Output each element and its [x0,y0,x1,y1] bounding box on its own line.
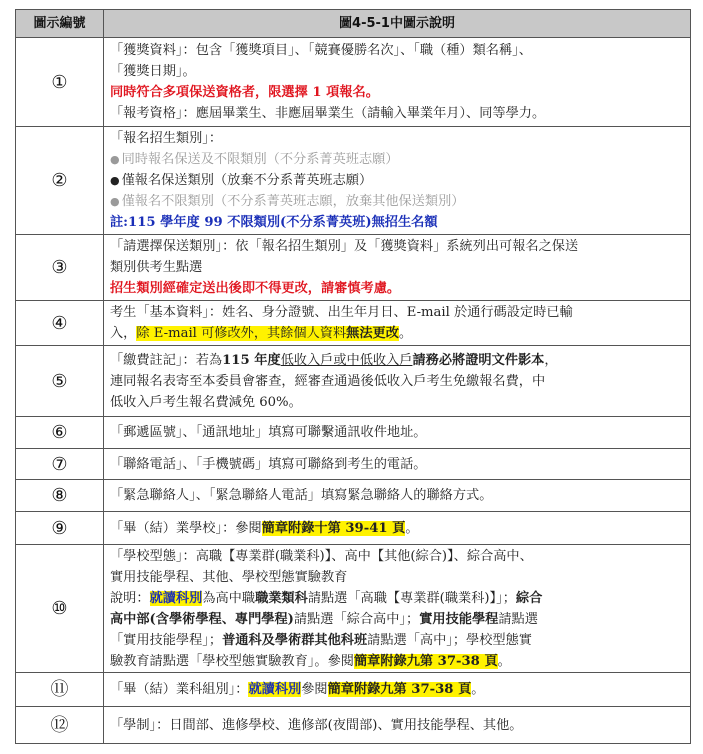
highlighted-reference: 簡章附錄九第 37-38 頁 [354,654,498,669]
row-description: 「繳費註記」：若為115 年度低收入戶或中低收入戶請務必將證明文件影本， 連同報… [104,346,691,417]
table-row: ⑩ 「學校型態」：高職【專業群(職業科)】、高中【其他(綜合)】、綜合高中、 實… [16,545,691,673]
table-row: ② 「報名招生類別」： ●同時報名保送及不限類別（不分系菁英班志願） ●僅報名保… [16,127,691,235]
row-number: ⑧ [16,480,104,512]
bullet-icon: ● [110,153,120,166]
text-line: 「實用技能學程」；普通科及學術群其他科班請點選「高中」；學校型態實 [110,630,684,651]
text-segment: 。 [405,521,418,536]
bold-text: 請務必將證明文件影本 [412,353,544,368]
warning-text: 同時符合多項保送資格者，限選擇 1 項報名。 [110,82,684,103]
text-line: 「獲獎資料」：包含「獲獎項目」、「競賽優勝名次」、「職（種）類名稱」、 [110,40,684,61]
text-segment: ， [544,353,557,368]
option-unselected: ●僅報名不限類別（不分系菁英班志願，放棄其他保送類別） [110,191,684,212]
table-row: ③ 「請選擇保送類別」：依「報名招生類別」及「獲獎資料」系統列出可報名之保送 類… [16,235,691,301]
row-description: 「學制」：日間部、進修學校、進修部(夜間部)、實用技能學程、其他。 [104,707,691,744]
header-row: 圖示編號 圖4-5-1中圖示說明 [16,10,691,38]
row-description: 「學校型態」：高職【專業群(職業科)】、高中【其他(綜合)】、綜合高中、 實用技… [104,545,691,673]
row-description: 考生「基本資料」：姓名、身分證號、出生年月日、E-mail 於通行碼設定時已輸 … [104,301,691,346]
option-label: 僅報名保送類別（放棄不分系菁英班志願） [122,173,373,188]
highlighted-blue-text: 就讀科別 [248,682,301,697]
row-number: ⑤ [16,346,104,417]
text-line: 入，除 E-mail 可修改外，其餘個人資料無法更改。 [110,323,684,344]
bold-text: 實用技能學程 [419,612,498,627]
text-segment: 「繳費註記」：若為 [110,353,222,368]
row-number: ⑪ [16,673,104,707]
text-segment: 「畢（結）業學校」：參閱 [110,521,262,536]
text-line: 「郵遞區號」、「通訊地址」填寫可聯繫通訊收件地址。 [110,422,684,443]
row-description: 「獲獎資料」：包含「獲獎項目」、「競賽優勝名次」、「職（種）類名稱」、 「獲獎日… [104,38,691,127]
text-line: 說明：就讀科別為高中職職業類科請點選「高職【專業群(職業科)】」；綜合 [110,588,684,609]
text-line: 「聯絡電話」、「手機號碼」填寫可聯絡到考生的電話。 [110,454,684,475]
text-line: 「獲獎日期」。 [110,61,684,82]
row-number: ③ [16,235,104,301]
row-description: 「畢（結）業學校」：參閱簡章附錄十第 39-41 頁。 [104,512,691,545]
option-selected: ●僅報名保送類別（放棄不分系菁英班志願） [110,170,684,191]
row-number: ⑥ [16,417,104,449]
highlighted-reference: 簡章附錄九第 37-38 頁 [328,682,472,697]
text-segment: 。 [471,682,484,697]
text-segment: 請點選「高職【專業群(職業科)】」； [308,591,516,606]
row-description: 「郵遞區號」、「通訊地址」填寫可聯繫通訊收件地址。 [104,417,691,449]
table-row: ⑦ 「聯絡電話」、「手機號碼」填寫可聯絡到考生的電話。 [16,449,691,480]
table-row: ⑫ 「學制」：日間部、進修學校、進修部(夜間部)、實用技能學程、其他。 [16,707,691,744]
table-row: ⑪ 「畢（結）業科組別」：就讀科別參閱簡章附錄九第 37-38 頁。 [16,673,691,707]
row-description: 「聯絡電話」、「手機號碼」填寫可聯絡到考生的電話。 [104,449,691,480]
text-line: 「繳費註記」：若為115 年度低收入戶或中低收入戶請務必將證明文件影本， [110,350,684,371]
text-line: 「學制」：日間部、進修學校、進修部(夜間部)、實用技能學程、其他。 [110,715,684,736]
row-description: 「請選擇保送類別」：依「報名招生類別」及「獲獎資料」系統列出可報名之保送 類別供… [104,235,691,301]
row-number: ④ [16,301,104,346]
text-segment: 驗教育請點選「學校型態實驗教育」。參閱 [110,654,354,669]
text-segment: 請點選「綜合高中」； [294,612,419,627]
bold-text: 綜合 [516,591,542,606]
text-line: 驗教育請點選「學校型態實驗教育」。參閱簡章附錄九第 37-38 頁。 [110,651,684,672]
option-label: 僅報名不限類別（不分系菁英班志願，放棄其他保送類別） [122,194,465,209]
text-line: 考生「基本資料」：姓名、身分證號、出生年月日、E-mail 於通行碼設定時已輸 [110,302,684,323]
text-segment: 請點選 [498,612,538,627]
table-row: ⑤ 「繳費註記」：若為115 年度低收入戶或中低收入戶請務必將證明文件影本， 連… [16,346,691,417]
text-segment: 參閱 [301,682,327,697]
text-line: 「報名招生類別」： [110,128,684,149]
text-line: 類別供考生點選 [110,257,684,278]
text-line: 「緊急聯絡人」、「緊急聯絡人電話」填寫緊急聯絡人的聯絡方式。 [110,485,684,506]
figure-legend-table: 圖示編號 圖4-5-1中圖示說明 ① 「獲獎資料」：包含「獲獎項目」、「競賽優勝… [15,9,691,744]
text-segment: 「畢（結）業科組別」： [110,682,248,697]
bold-text: 高中部(含學術學程、專門學程) [110,612,294,627]
warning-text: 招生類別經確定送出後即不得更改，請審慎考慮。 [110,278,684,299]
header-number: 圖示編號 [16,10,104,38]
row-number: ① [16,38,104,127]
table-row: ⑥ 「郵遞區號」、「通訊地址」填寫可聯繫通訊收件地址。 [16,417,691,449]
text-line: 低收入戶考生報名費減免 60%。 [110,392,684,413]
text-segment: 入， [110,326,136,341]
row-description: 「報名招生類別」： ●同時報名保送及不限類別（不分系菁英班志願） ●僅報名保送類… [104,127,691,235]
underlined-text: 低收入戶或中低收入戶 [281,353,413,368]
text-line: 高中部(含學術學程、專門學程)請點選「綜合高中」；實用技能學程請點選 [110,609,684,630]
text-segment: 。 [399,326,412,341]
option-label: 同時報名保送及不限類別（不分系菁英班志願） [122,152,399,167]
highlighted-reference: 簡章附錄十第 39-41 頁 [262,521,406,536]
row-number: ⑩ [16,545,104,673]
text-line: 「請選擇保送類別」：依「報名招生類別」及「獲獎資料」系統列出可報名之保送 [110,236,684,257]
highlighted-text: 除 E-mail 可修改外，其餘個人資料 [136,326,346,341]
table-row: ④ 考生「基本資料」：姓名、身分證號、出生年月日、E-mail 於通行碼設定時已… [16,301,691,346]
table-row: ⑧ 「緊急聯絡人」、「緊急聯絡人電話」填寫緊急聯絡人的聯絡方式。 [16,480,691,512]
row-description: 「畢（結）業科組別」：就讀科別參閱簡章附錄九第 37-38 頁。 [104,673,691,707]
bold-text: 115 年度 [222,353,281,368]
text-segment: 為高中職 [202,591,255,606]
row-number: ⑨ [16,512,104,545]
text-segment: 。 [498,654,511,669]
text-line: 「畢（結）業科組別」：就讀科別參閱簡章附錄九第 37-38 頁。 [110,679,684,700]
text-segment: 說明： [110,591,150,606]
option-unselected: ●同時報名保送及不限類別（不分系菁英班志願） [110,149,684,170]
row-number: ⑫ [16,707,104,744]
text-line: 「報考資格」：應屆畢業生、非應屆畢業生（請輸入畢業年月）、同等學力。 [110,103,684,124]
text-line: 實用技能學程、其他、學校型態實驗教育 [110,567,684,588]
bold-text: 職業類科 [255,591,308,606]
highlighted-bold-text: 無法更改 [346,326,399,341]
text-line: 「學校型態」：高職【專業群(職業科)】、高中【其他(綜合)】、綜合高中、 [110,546,684,567]
text-segment: 請點選「高中」；學校型態實 [367,633,532,648]
row-description: 「緊急聯絡人」、「緊急聯絡人電話」填寫緊急聯絡人的聯絡方式。 [104,480,691,512]
table-row: ① 「獲獎資料」：包含「獲獎項目」、「競賽優勝名次」、「職（種）類名稱」、 「獲… [16,38,691,127]
bold-text: 普通科及學術群其他科班 [222,633,367,648]
text-line: 「畢（結）業學校」：參閱簡章附錄十第 39-41 頁。 [110,518,684,539]
highlighted-blue-text: 就讀科別 [150,591,203,606]
bullet-icon: ● [110,195,120,208]
header-description: 圖4-5-1中圖示說明 [104,10,691,38]
text-line: 連同報名表寄至本委員會審查，經審查通過後低收入戶考生免繳報名費，中 [110,371,684,392]
table-row: ⑨ 「畢（結）業學校」：參閱簡章附錄十第 39-41 頁。 [16,512,691,545]
bullet-icon: ● [110,174,120,187]
row-number: ② [16,127,104,235]
text-segment: 「實用技能學程」； [110,633,222,648]
note-text: 註:115 學年度 99 不限類別(不分系菁英班)無招生名額 [110,212,684,233]
row-number: ⑦ [16,449,104,480]
